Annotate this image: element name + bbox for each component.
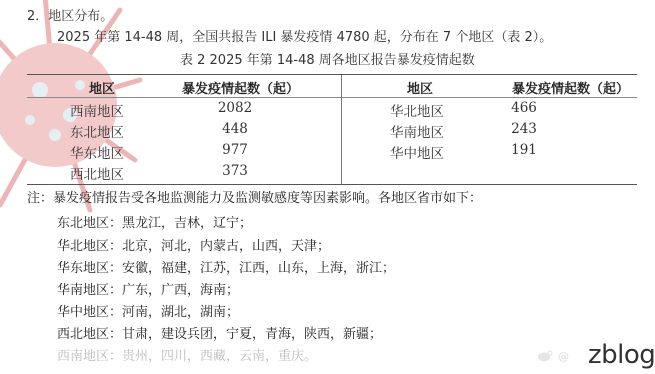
table-row: 东北地区 448 bbox=[27, 120, 341, 140]
table-header: 地区 暴发疫情起数（起） bbox=[342, 75, 637, 98]
table-row: 西北地区 373 bbox=[27, 162, 341, 182]
summary-paragraph: 2025 年第 14-48 周，全国共报告 ILI 暴发疫情 4780 起，分布… bbox=[57, 26, 552, 45]
count-cell: 243 bbox=[494, 121, 554, 137]
table-row: 华北地区 466 bbox=[342, 99, 637, 119]
header-region: 地区 bbox=[407, 78, 433, 97]
header-count: 暴发疫情起数（起） bbox=[182, 78, 299, 97]
table-row: 华中地区 191 bbox=[342, 141, 637, 161]
province-list-south: 华南地区：广东，广西，海南； bbox=[57, 279, 239, 298]
document-page: 2．地区分布。 2025 年第 14-48 周，全国共报告 ILI 暴发疫情 4… bbox=[0, 0, 655, 374]
table-right-half: 地区 暴发疫情起数（起） 华北地区 466 华南地区 243 华中地区 191 bbox=[342, 75, 637, 184]
region-cell: 华东地区 bbox=[70, 142, 124, 162]
region-cell: 西南地区 bbox=[70, 100, 124, 120]
watermark-faint-text: @ bbox=[558, 350, 569, 363]
count-cell: 977 bbox=[205, 142, 265, 158]
table-row: 西南地区 2082 bbox=[27, 99, 341, 119]
zblog-watermark: zblog bbox=[588, 340, 655, 370]
region-cell: 西北地区 bbox=[70, 163, 124, 183]
province-list-northeast: 东北地区：黑龙江，吉林，辽宁； bbox=[57, 212, 252, 231]
region-cell: 东北地区 bbox=[70, 121, 124, 141]
count-cell: 448 bbox=[205, 121, 265, 137]
table-left-half: 地区 暴发疫情起数（起） 西南地区 2082 东北地区 448 华东地区 977… bbox=[27, 75, 342, 184]
table-note: 注：暴发疫情报告受各地监测能力及监测敏感度等因素影响。各地区省市如下： bbox=[27, 187, 482, 206]
province-list-north: 华北地区：北京，河北，内蒙古，山西，天津； bbox=[57, 235, 330, 254]
weibo-icon bbox=[537, 350, 553, 362]
header-region: 地区 bbox=[89, 78, 115, 97]
province-list-southwest: 西南地区：贵州，四川，西藏，云南，重庆。 bbox=[57, 345, 317, 364]
region-cell: 华中地区 bbox=[390, 142, 444, 162]
table-row: 华南地区 243 bbox=[342, 120, 637, 140]
count-cell: 466 bbox=[494, 100, 554, 116]
table-header: 地区 暴发疫情起数（起） bbox=[27, 75, 341, 98]
count-cell: 191 bbox=[494, 142, 554, 158]
region-outbreak-table: 地区 暴发疫情起数（起） 西南地区 2082 东北地区 448 华东地区 977… bbox=[27, 74, 637, 185]
count-cell: 2082 bbox=[205, 100, 265, 116]
table-row: 华东地区 977 bbox=[27, 141, 341, 161]
count-cell: 373 bbox=[205, 163, 265, 179]
province-list-central: 华中地区：河南，湖北，湖南； bbox=[57, 301, 239, 320]
header-count: 暴发疫情起数（起） bbox=[512, 78, 629, 97]
region-cell: 华北地区 bbox=[390, 100, 444, 120]
section-heading: 2．地区分布。 bbox=[27, 5, 113, 24]
province-list-east: 华东地区：安徽，福建，江苏，江西，山东，上海，浙江； bbox=[57, 257, 395, 276]
table-caption: 表 2 2025 年第 14-48 周各地区报告暴发疫情起数 bbox=[180, 49, 475, 68]
province-list-northwest: 西北地区：甘肃，建设兵团，宁夏，青海，陕西，新疆； bbox=[57, 323, 382, 342]
region-cell: 华南地区 bbox=[390, 121, 444, 141]
